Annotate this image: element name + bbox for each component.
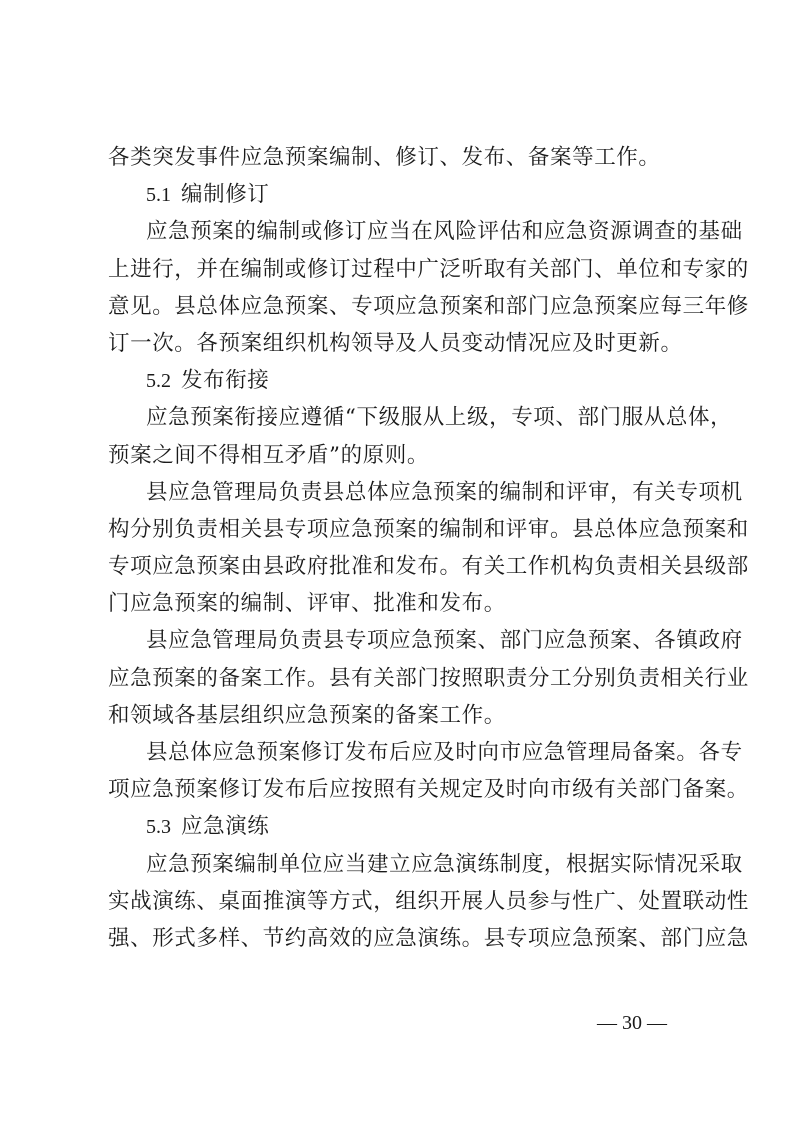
section-heading-5-2: 5.2发布衔接 xyxy=(108,362,688,399)
paragraph-line: 和领域各基层组织应急预案的备案工作。 xyxy=(108,697,688,734)
paragraph-line: 应急预案的备案工作。县有关部门按照职责分工分别负责相关行业 xyxy=(108,660,688,697)
section-number: 5.2 xyxy=(146,370,171,392)
section-title: 编制修订 xyxy=(181,182,269,207)
section-heading-5-1: 5.1编制修订 xyxy=(108,176,688,213)
paragraph-line: 应急预案衔接应遵循“下级服从上级，专项、部门服从总体， xyxy=(108,399,688,436)
paragraph-line: 县应急管理局负责县专项应急预案、部门应急预案、各镇政府 xyxy=(108,622,688,659)
paragraph-line: 应急预案编制单位应当建立应急演练制度，根据实际情况采取 xyxy=(108,846,688,883)
document-body: 各类突发事件应急预案编制、修订、发布、备案等工作。 5.1编制修订 应急预案的编… xyxy=(108,139,688,957)
paragraph-line: 门应急预案的编制、评审、批准和发布。 xyxy=(108,585,688,622)
paragraph-line: 预案之间不得相互矛盾”的原则。 xyxy=(108,437,688,474)
section-heading-5-3: 5.3应急演练 xyxy=(108,808,688,845)
paragraph-line: 意见。县总体应急预案、专项应急预案和部门应急预案应每三年修 xyxy=(108,288,688,325)
paragraph-line: 构分别负责相关县专项应急预案的编制和评审。县总体应急预案和 xyxy=(108,511,688,548)
paragraph-line: 县总体应急预案修订发布后应及时向市应急管理局备案。各专 xyxy=(108,734,688,771)
paragraph-line: 专项应急预案由县政府批准和发布。有关工作机构负责相关县级部 xyxy=(108,548,688,585)
paragraph-line: 上进行，并在编制或修订过程中广泛听取有关部门、单位和专家的 xyxy=(108,251,688,288)
paragraph-line: 实战演练、桌面推演等方式，组织开展人员参与性广、处置联动性 xyxy=(108,883,688,920)
paragraph-line: 县应急管理局负责县总体应急预案的编制和评审，有关专项机 xyxy=(108,474,688,511)
paragraph-line: 应急预案的编制或修订应当在风险评估和应急资源调查的基础 xyxy=(108,213,688,250)
section-number: 5.3 xyxy=(146,816,171,838)
paragraph-line: 订一次。各预案组织机构领导及人员变动情况应及时更新。 xyxy=(108,325,688,362)
paragraph-line: 各类突发事件应急预案编制、修订、发布、备案等工作。 xyxy=(108,139,688,176)
paragraph-line: 强、形式多样、节约高效的应急演练。县专项应急预案、部门应急 xyxy=(108,920,688,957)
section-number: 5.1 xyxy=(146,184,171,206)
section-title: 应急演练 xyxy=(181,814,269,839)
paragraph-line: 项应急预案修订发布后应按照有关规定及时向市级有关部门备案。 xyxy=(108,771,688,808)
page-number: — 30 — xyxy=(597,1012,667,1035)
section-title: 发布衔接 xyxy=(181,368,269,393)
